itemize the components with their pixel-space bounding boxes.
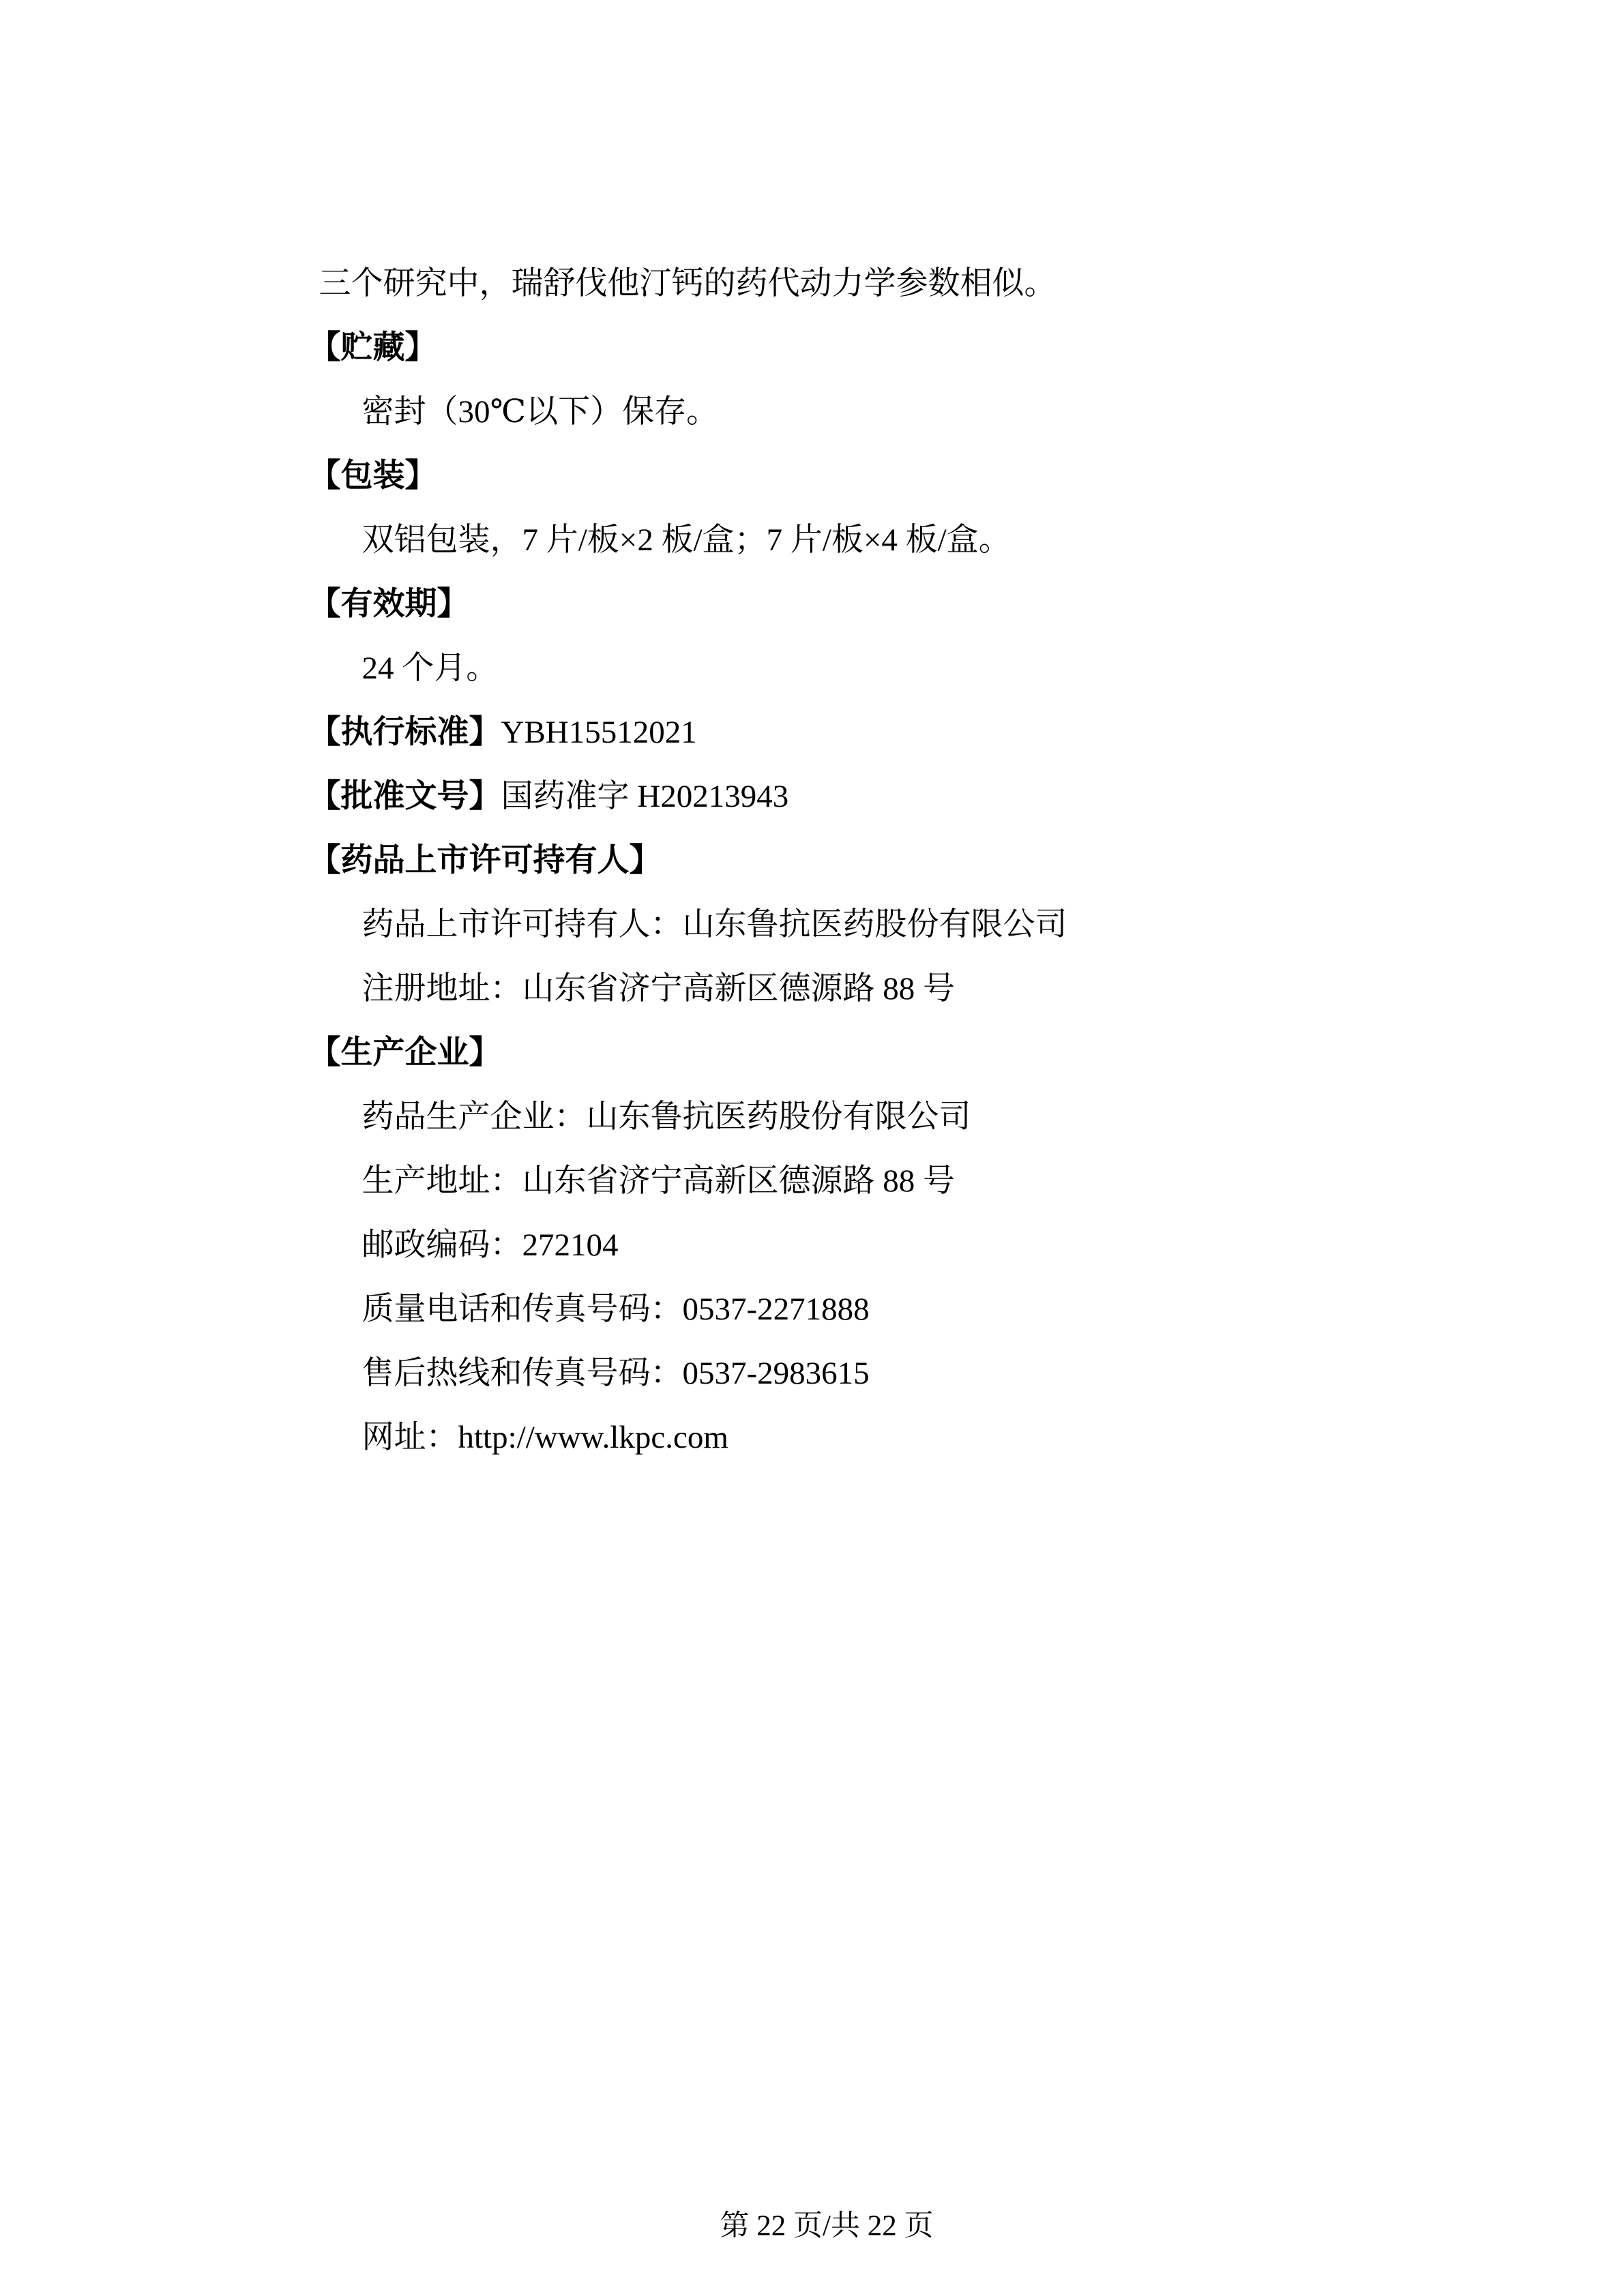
body-text: 双铝包装，7 片/板×2 板/盒；7 片/板×4 板/盒。 xyxy=(362,522,1011,558)
heading-label: 【批准文号】 xyxy=(309,779,501,814)
paragraph-pharmacokinetics-note: 三个研究中，瑞舒伐他汀钙的药代动力学参数相似。 xyxy=(261,188,1420,252)
heading-label: 【生产企业】 xyxy=(309,1035,501,1071)
body-text: 24 个月。 xyxy=(362,651,499,686)
executive-standard-number: YBH15512021 xyxy=(501,715,697,750)
body-text: 药品上市许可持有人：山东鲁抗医药股份有限公司 xyxy=(362,907,1067,942)
body-text: 邮政编码：272104 xyxy=(362,1227,619,1263)
body-text: 网址：http://www.lkpc.com xyxy=(362,1420,728,1455)
body-text: 密封（30℃以下）保存。 xyxy=(362,394,719,430)
heading-label: 【包装】 xyxy=(309,458,437,494)
paragraph-text: 三个研究中，瑞舒伐他汀钙的药代动力学参数相似。 xyxy=(319,266,1057,301)
document-page: 三个研究中，瑞舒伐他汀钙的药代动力学参数相似。 【贮藏】 密封（30℃以下）保存… xyxy=(0,0,1624,2296)
body-text: 药品生产企业：山东鲁抗医药股份有限公司 xyxy=(362,1099,971,1135)
body-text: 注册地址：山东省济宁高新区德源路 88 号 xyxy=(362,971,956,1007)
page-number-text: 第 22 页/共 22 页 xyxy=(720,2210,934,2242)
body-text: 生产地址：山东省济宁高新区德源路 88 号 xyxy=(362,1163,956,1199)
heading-label: 【贮藏】 xyxy=(309,330,437,366)
body-text: 售后热线和传真号码：0537-2983615 xyxy=(362,1356,870,1391)
document-body: 三个研究中，瑞舒伐他汀钙的药代动力学参数相似。 【贮藏】 密封（30℃以下）保存… xyxy=(261,188,1420,1405)
page-footer: 第 22 页/共 22 页 xyxy=(0,2155,1624,2203)
heading-label: 【药品上市许可持有人】 xyxy=(309,843,662,878)
body-text: 质量电话和传真号码：0537-2271888 xyxy=(362,1292,870,1327)
heading-label: 【有效期】 xyxy=(309,586,469,622)
heading-label: 【执行标准】 xyxy=(309,715,501,750)
approval-number: 国药准字 H20213943 xyxy=(501,779,789,814)
